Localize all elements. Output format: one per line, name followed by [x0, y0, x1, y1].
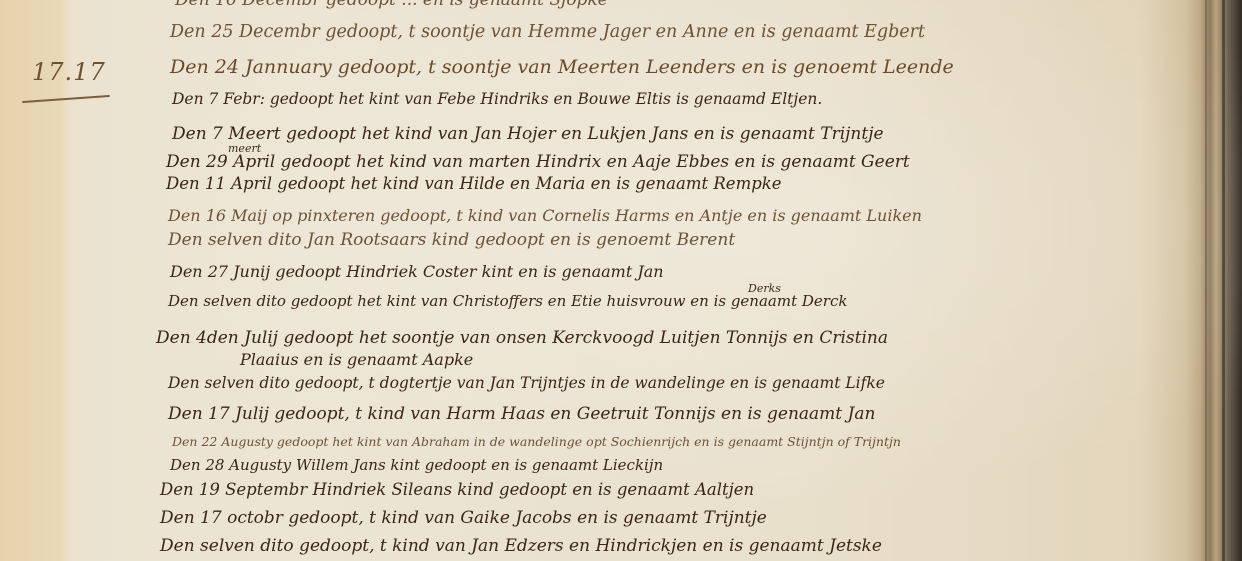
register-entry: Den selven dito gedoopt het kint van Chr…	[168, 292, 847, 310]
margin-year: 17.17	[32, 58, 106, 86]
register-entry: Den 17 Julij gedoopt, t kind van Harm Ha…	[168, 404, 875, 424]
register-entry: Den 16 Decembr gedoopt ... en is genaamt…	[175, 0, 608, 10]
register-entry: Den 4den Julij gedoopt het soontje van o…	[156, 328, 888, 348]
register-entry: Den 7 Febr: gedoopt het kint van Febe Hi…	[172, 90, 822, 108]
register-entry: Den selven dito gedoopt, t dogtertje van…	[168, 374, 885, 392]
register-entry: Den 19 Septembr Hindriek Sileans kind ge…	[160, 480, 754, 499]
register-entry: Den 16 Maij op pinxteren gedoopt, t kind…	[168, 206, 922, 225]
manuscript-page: 17.17 Den 16 Decembr gedoopt ... en is g…	[0, 0, 1242, 561]
register-entry: Den 25 Decembr gedoopt, t soontje van He…	[170, 22, 925, 42]
register-entry: Den 11 April gedoopt het kind van Hilde …	[166, 174, 782, 193]
book-binding	[1222, 0, 1225, 561]
register-entry: Den 22 Augusty gedoopt het kint van Abra…	[172, 434, 901, 449]
register-entry: Den 29 April gedoopt het kind van marten…	[166, 152, 910, 172]
margin-year-underline	[22, 95, 110, 103]
page-edge	[1205, 0, 1207, 561]
register-entry: Den 17 octobr gedoopt, t kind van Gaike …	[160, 508, 767, 528]
register-entry-continuation: Plaaius en is genaamt Aapke	[240, 350, 473, 369]
register-entry: Den 28 Augusty Willem Jans kint gedoopt …	[170, 456, 663, 474]
register-entry: Den 24 Jannuary gedoopt, t soontje van M…	[170, 56, 954, 78]
register-entry: Den selven dito Jan Rootsaars kind gedoo…	[168, 230, 735, 250]
register-entry: Den selven dito gedoopt, t kind van Jan …	[160, 536, 882, 556]
register-entry: Den 27 Junij gedoopt Hindriek Coster kin…	[170, 262, 664, 281]
register-entry: Den 7 Meert gedoopt het kind van Jan Hoj…	[172, 124, 884, 144]
